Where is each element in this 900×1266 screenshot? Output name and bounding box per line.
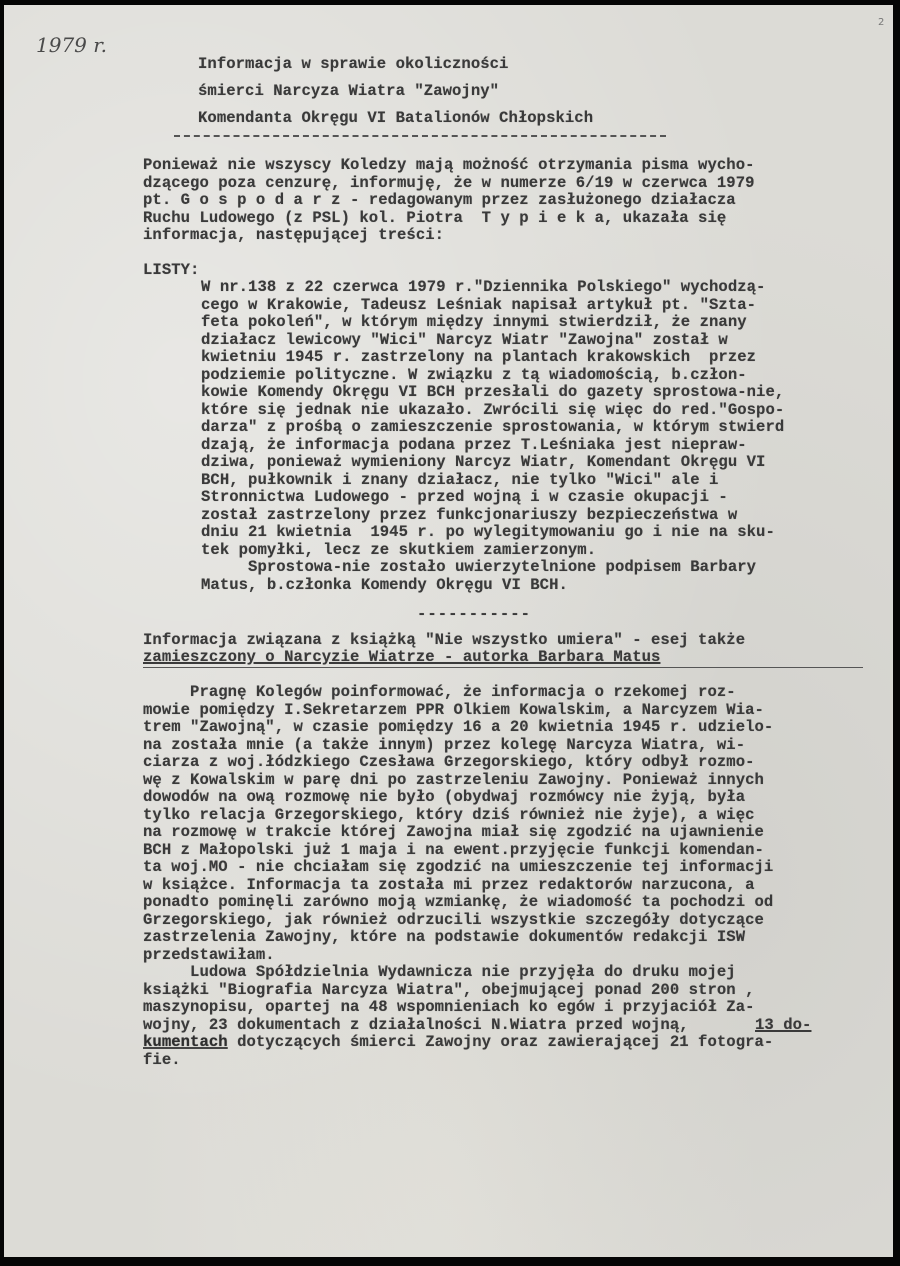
body-line: wojny, 23 dokumentach z działalności N.W… <box>143 1017 698 1035</box>
listy-line: feta pokoleń", w którym między innymi st… <box>201 314 747 332</box>
intro-line: Ponieważ nie wszyscy Koledzy mają możnoś… <box>143 157 755 175</box>
listy-line: Matus, b.członka Komendy Okręgu VI BCH. <box>201 577 568 595</box>
underlined-fragment: kumentach <box>143 1034 228 1052</box>
body-line: fie. <box>143 1052 181 1070</box>
listy-line: W nr.138 z 22 czerwca 1979 r."Dziennika … <box>201 279 765 297</box>
body-line: ciarza z woj.łódzkiego Czesława Grzegors… <box>143 754 755 772</box>
body-line: ponadto pominęli zarówno moją wzmiankę, … <box>143 894 773 912</box>
listy-line: BCH, pułkownik i znany działacz, nie tyl… <box>201 472 718 490</box>
section-separator: ----------- <box>417 606 531 624</box>
document-page: 1979 r. 2 Informacja w sprawie okoliczno… <box>4 5 893 1257</box>
body-line: w książce. Informacja ta została mi prze… <box>143 877 755 895</box>
listy-line: kwietniu 1945 r. zastrzelony na plantach… <box>201 349 756 367</box>
body-line: wę z Kowalskim w parę dni po zastrzeleni… <box>143 772 764 790</box>
intro-line: pt. G o s p o d a r z - redagowanym prze… <box>143 192 736 210</box>
title-line-2: śmierci Narcyza Wiatra "Zawojny" <box>198 83 499 101</box>
listy-line: podziemie polityczne. W związku z tą wia… <box>201 367 747 385</box>
body-line: książki "Biografia Narcyza Wiatra", obej… <box>143 982 755 1000</box>
title-underline <box>174 135 666 137</box>
listy-line: dzają, że informacja podana przez T.Leśn… <box>201 437 747 455</box>
listy-line: darza" z prośbą o zamieszczenie sprostow… <box>201 419 784 437</box>
listy-line: dniu 21 kwietnia 1945 r. po wylegitymowa… <box>201 524 775 542</box>
body-line: tylko relacja Grzegorskiego, który dziś … <box>143 807 755 825</box>
body-line: przedstawiłam. <box>143 947 275 965</box>
listy-line: działacz lewicowy "Wici" Narcyz Wiatr "Z… <box>201 332 728 350</box>
listy-line: które się jednak nie ukazało. Zwrócili s… <box>201 402 784 420</box>
body-line: na została mnie (a także innym) przez ko… <box>143 737 745 755</box>
listy-line: Sprostowa-nie zostało uwierzytelnione po… <box>201 559 756 577</box>
body-line: dowodów na ową rozmowę nie było (obydwaj… <box>143 789 745 807</box>
body-line: kumentach dotyczących śmierci Zawojny or… <box>143 1034 773 1052</box>
listy-line: został zastrzelony przez funkcjonariuszy… <box>201 507 737 525</box>
section2-heading-underline <box>143 667 863 668</box>
body-line: ta woj.MO - nie chciałam się zgodzić na … <box>143 859 773 877</box>
listy-label: LISTY: <box>143 262 199 280</box>
body-line: zastrzelenia Zawojny, które na podstawie… <box>143 929 745 947</box>
body-line: maszynopisu, opartej na 48 wspomnieniach… <box>143 999 755 1017</box>
page-number: 2 <box>878 17 884 28</box>
handwritten-date: 1979 r. <box>36 33 107 57</box>
listy-line: cego w Krakowie, Tadeusz Leśniak napisał… <box>201 297 756 315</box>
title-line-1: Informacja w sprawie okoliczności <box>198 56 508 74</box>
listy-line: Stronnictwa Ludowego - przed wojną i w c… <box>201 489 728 507</box>
intro-line: dzącego poza cenzurę, informuję, że w nu… <box>143 175 755 193</box>
body-line: Ludowa Spółdzielnia Wydawnicza nie przyj… <box>143 964 736 982</box>
body-line: na rozmowę w trakcie której Zawojna miał… <box>143 824 764 842</box>
body-line: mowie pomiędzy I.Sekretarzem PPR Olkiem … <box>143 702 764 720</box>
listy-line: tek pomyłki, lecz ze skutkiem zamierzony… <box>201 542 596 560</box>
section2-heading-line-1: Informacja związana z książką "Nie wszys… <box>143 632 745 650</box>
listy-line: dziwa, ponieważ wymieniony Narcyz Wiatr,… <box>201 454 765 472</box>
body-line: trem "Zawojną", w czasie pomiędzy 16 a 2… <box>143 719 773 737</box>
body-line: BCH z Małopolski już 1 maja i na ewent.p… <box>143 842 764 860</box>
body-line: Pragnę Kolegów poinformować, że informac… <box>143 684 736 702</box>
intro-line: informacja, następującej treści: <box>143 227 444 245</box>
listy-line: kowie Komendy Okręgu VI BCH przesłali do… <box>201 384 784 402</box>
section2-heading-line-2: zamieszczony o Narcyzie Wiatrze - autork… <box>143 649 660 667</box>
underlined-fragment: 13 do- <box>755 1017 811 1035</box>
intro-line: Ruchu Ludowego (z PSL) kol. Piotra T y p… <box>143 210 726 228</box>
body-line: Grzegorskiego, jak również odrzucili wsz… <box>143 912 764 930</box>
title-line-3: Komendanta Okręgu VI Batalionów Chłopski… <box>198 110 593 128</box>
